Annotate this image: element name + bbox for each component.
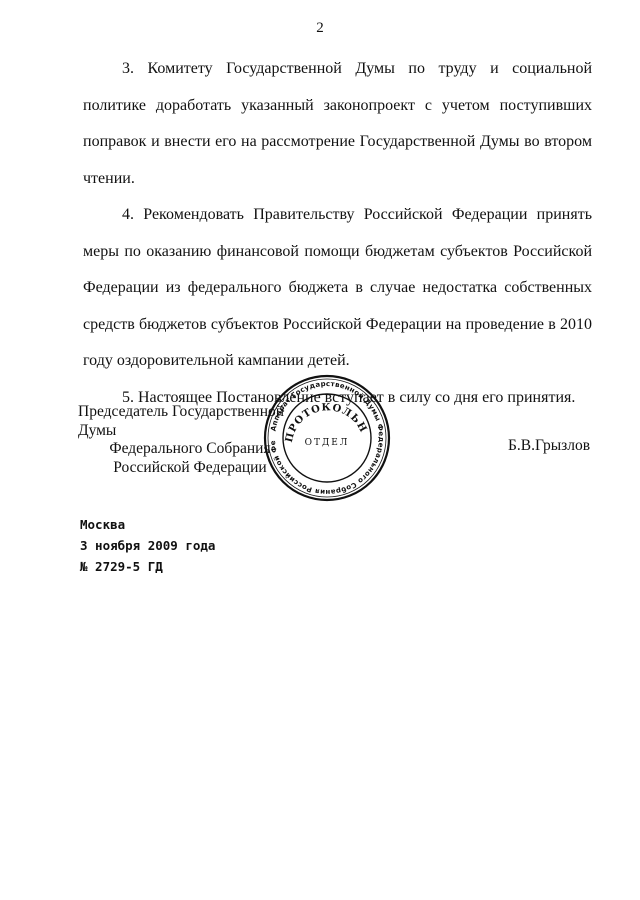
paragraph-3: 3. Комитету Государственной Думы по труд… (83, 51, 592, 197)
official-seal-icon: Аппарат Государственной Думы Федеральног… (262, 373, 392, 503)
signer-name: Б.В.Грызлов (508, 437, 590, 455)
footer-city: Москва (80, 514, 215, 535)
resolution-body: 3. Комитету Государственной Думы по труд… (83, 51, 592, 416)
paragraph-4: 4. Рекомендовать Правительству Российско… (83, 197, 592, 380)
page-number: 2 (0, 20, 640, 37)
document-footer: Москва 3 ноября 2009 года № 2729-5 ГД (80, 514, 215, 577)
footer-date: 3 ноября 2009 года (80, 535, 215, 556)
stamp-center-text: ОТДЕЛ (305, 438, 350, 448)
footer-doc-number: № 2729-5 ГД (80, 556, 215, 577)
